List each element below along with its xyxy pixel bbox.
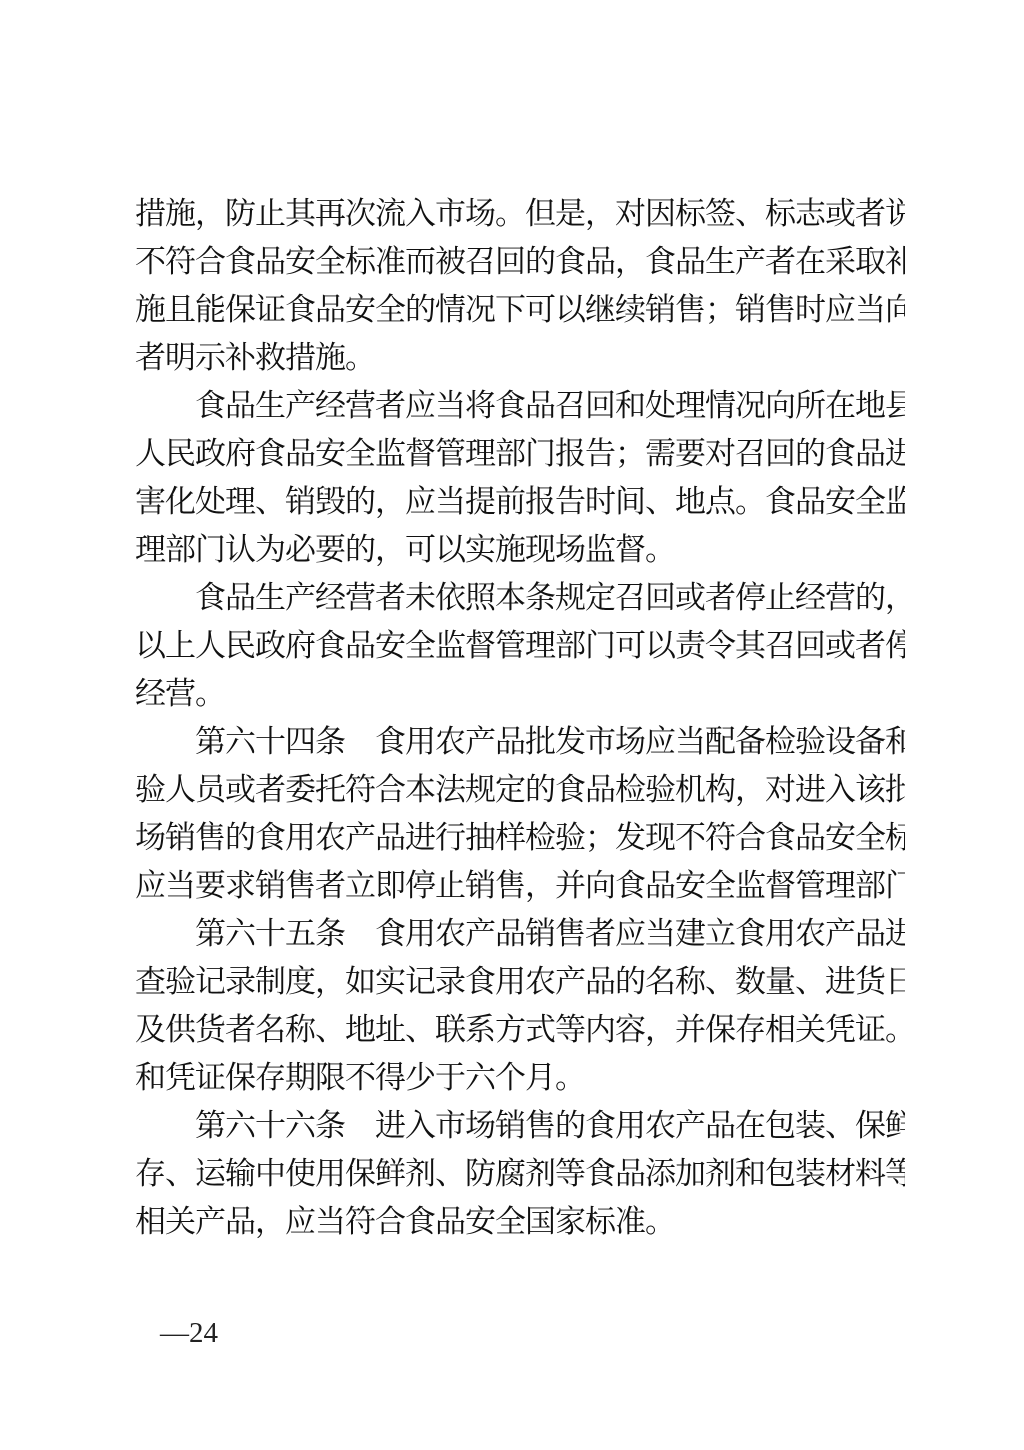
document-text-block: 措施，防止其再次流入市场。但是，对因标签、标志或者说明书 不符合食品安全标准而被… (135, 190, 905, 1246)
text-line: 理部门认为必要的，可以实施现场监督。 (135, 526, 905, 574)
text-line-article-64: 第六十四条 食用农产品批发市场应当配备检验设备和检 (135, 718, 905, 766)
text-line: 和凭证保存期限不得少于六个月。 (135, 1054, 905, 1102)
text-line-article-66: 第六十六条 进入市场销售的食用农产品在包装、保鲜、贮 (135, 1102, 905, 1150)
text-line: 措施，防止其再次流入市场。但是，对因标签、标志或者说明书 (135, 190, 905, 238)
document-page: 措施，防止其再次流入市场。但是，对因标签、标志或者说明书 不符合食品安全标准而被… (0, 0, 1024, 1450)
text-line: 人民政府食品安全监督管理部门报告；需要对召回的食品进行无 (135, 430, 905, 478)
text-line: 验人员或者委托符合本法规定的食品检验机构，对进入该批发市 (135, 766, 905, 814)
text-line: 查验记录制度，如实记录食用农产品的名称、数量、进货日期以 (135, 958, 905, 1006)
text-line: 害化处理、销毁的，应当提前报告时间、地点。食品安全监督管 (135, 478, 905, 526)
text-line: 场销售的食用农产品进行抽样检验；发现不符合食品安全标准的， (135, 814, 905, 862)
text-line: 施且能保证食品安全的情况下可以继续销售；销售时应当向消费 (135, 286, 905, 334)
text-line: 应当要求销售者立即停止销售，并向食品安全监督管理部门报告。 (135, 862, 905, 910)
text-line: 者明示补救措施。 (135, 334, 905, 382)
text-line: 食品生产经营者未依照本条规定召回或者停止经营的，县级 (135, 574, 905, 622)
text-line: 不符合食品安全标准而被召回的食品，食品生产者在采取补救措 (135, 238, 905, 286)
text-line-article-65: 第六十五条 食用农产品销售者应当建立食用农产品进货 (135, 910, 905, 958)
text-line: 存、运输中使用保鲜剂、防腐剂等食品添加剂和包装材料等食品 (135, 1150, 905, 1198)
text-line: 及供货者名称、地址、联系方式等内容，并保存相关凭证。记录 (135, 1006, 905, 1054)
text-line: 相关产品，应当符合食品安全国家标准。 (135, 1198, 905, 1246)
page-number: —24 (160, 1316, 218, 1350)
text-line: 食品生产经营者应当将食品召回和处理情况向所在地县级 (135, 382, 905, 430)
text-line: 经营。 (135, 670, 905, 718)
text-line: 以上人民政府食品安全监督管理部门可以责令其召回或者停止 (135, 622, 905, 670)
